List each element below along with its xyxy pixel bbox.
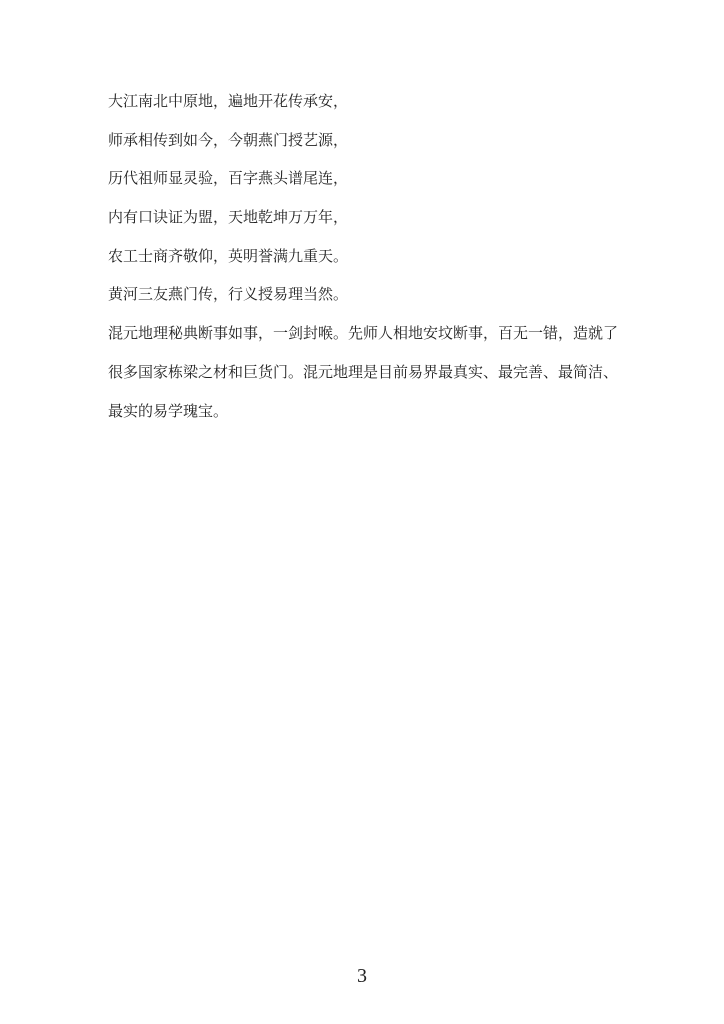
poem-line: 农工士商齐敬仰，英明誉满九重天。 [108, 238, 620, 277]
poem-line: 大江南北中原地，遍地开花传承安， [108, 83, 620, 122]
paragraph-line: 很多国家栋梁之材和巨货门。混元地理是目前易界最真实、最完善、最简洁、 [108, 354, 620, 393]
page-number: 3 [0, 965, 724, 988]
poem-line: 内有口诀证为盟，天地乾坤万万年， [108, 199, 620, 238]
paragraph-line: 最实的易学瑰宝。 [108, 393, 620, 432]
document-page: 大江南北中原地，遍地开花传承安， 师承相传到如今，今朝燕门授艺源， 历代祖师显灵… [0, 0, 724, 1024]
poem-line: 黄河三友燕门传，行义授易理当然。 [108, 276, 620, 315]
text-block: 大江南北中原地，遍地开花传承安， 师承相传到如今，今朝燕门授艺源， 历代祖师显灵… [108, 83, 620, 431]
paragraph-line: 混元地理秘典断事如事，一剑封喉。先师人相地安坟断事，百无一错，造就了 [108, 315, 620, 354]
poem-line: 历代祖师显灵验，百字燕头谱尾连， [108, 160, 620, 199]
poem-line: 师承相传到如今，今朝燕门授艺源， [108, 122, 620, 161]
